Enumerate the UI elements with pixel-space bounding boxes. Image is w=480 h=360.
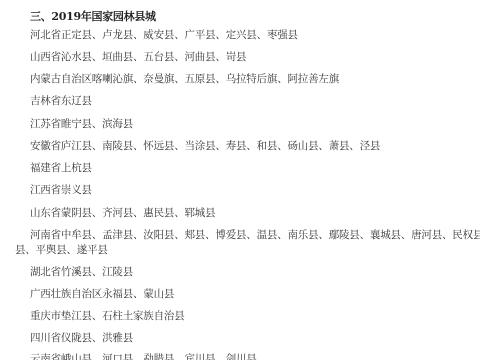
entry-yunnan: 云南省峨山县、河口县、勐腊县、宾川县、剑川县 xyxy=(30,352,257,360)
entry-shanxi: 山西省沁水县、垣曲县、五台县、河曲县、岢县 xyxy=(30,50,246,64)
entry-guangxi: 广西壮族自治区永福县、蒙山县 xyxy=(30,287,174,301)
entry-anhui: 安徽省庐江县、南陵县、怀远县、当涂县、寿县、和县、砀山县、萧县、泾县 xyxy=(30,139,380,153)
section-title: 三、2019年国家园林县城 xyxy=(30,8,156,24)
entry-sichuan: 四川省仪陇县、洪雅县 xyxy=(30,331,133,345)
document-page: 三、2019年国家园林县城 河北省正定县、卢龙县、威安县、广平县、定兴县、枣强县… xyxy=(0,0,480,360)
entry-henan: 河南省中牟县、孟津县、汝阳县、郏县、博爱县、温县、南乐县、鄢陵县、襄城县、唐河县… xyxy=(30,228,480,242)
entry-shandong: 山东省蒙阴县、齐河县、惠民县、郓城县 xyxy=(30,206,215,220)
entry-jiangxi: 江西省崇义县 xyxy=(30,183,92,197)
entry-jiangsu: 江苏省睢宁县、滨海县 xyxy=(30,117,133,131)
entry-fujian: 福建省上杭县 xyxy=(30,161,92,175)
entry-jilin: 吉林省东辽县 xyxy=(30,94,92,108)
entry-inner-mongolia: 内蒙古自治区喀喇沁旗、奈曼旗、五原县、乌拉特后旗、阿拉善左旗 xyxy=(30,72,339,86)
entry-hebei: 河北省正定县、卢龙县、威安县、广平县、定兴县、枣强县 xyxy=(30,28,298,42)
entry-henan-continuation: 县、平舆县、遂平县 xyxy=(15,243,108,257)
entry-hubei: 湖北省竹溪县、江陵县 xyxy=(30,265,133,279)
entry-chongqing: 重庆市垫江县、石柱土家族自治县 xyxy=(30,309,185,323)
